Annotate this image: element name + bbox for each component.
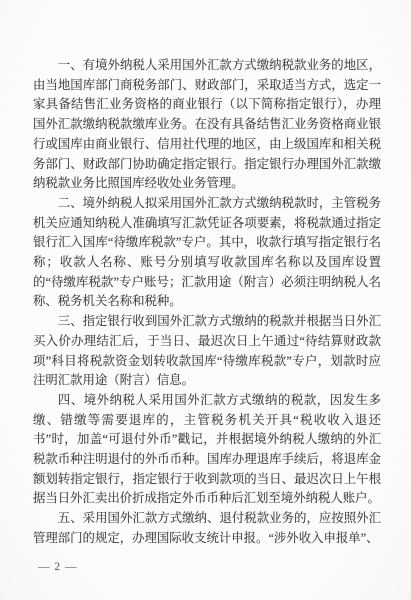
paragraph: 二、境外纳税人拟采用国外汇款方式缴纳税款时，主管税务机关应通知纳税人准确填写汇款… (33, 194, 381, 312)
document-text-block: 一、有境外纳税人采用国外汇款方式缴纳税款业务的地区，由当地国库部门商税务部门、财… (33, 56, 381, 549)
paragraph: 四、境外纳税人采用国外汇款方式缴纳的税款，因发生多缴、错缴等需要退库的，主管税务… (33, 391, 381, 509)
paragraph: 一、有境外纳税人采用国外汇款方式缴纳税款业务的地区，由当地国库部门商税务部门、财… (33, 56, 381, 194)
page-number: — 2 — (38, 560, 78, 574)
paragraph: 三、指定银行收到国外汇款方式缴纳的税款并根据当日外汇买入价办理结汇后，于当日、最… (33, 312, 381, 391)
paragraph: 五、采用国外汇款方式缴纳、退付税款业务的，应按照外汇管理部门的规定，办理国际收支… (33, 509, 381, 548)
